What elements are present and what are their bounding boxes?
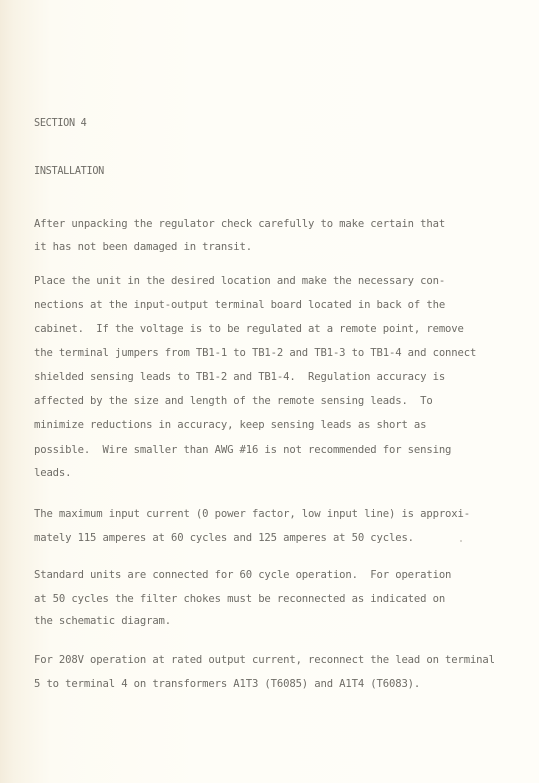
text-line: minimize reductions in accuracy, keep se… [34,418,426,432]
text-line: cabinet. If the voltage is to be regulat… [34,322,464,336]
text-line: shielded sensing leads to TB1-2 and TB1-… [34,370,445,384]
section-label: SECTION 4 [34,117,87,131]
text-line: leads. [34,466,71,480]
text-line: the schematic diagram. [34,614,171,628]
text-line: The maximum input current (0 power facto… [34,507,470,521]
document-page: SECTION 4 INSTALLATION After unpacking t… [0,0,539,783]
text-line: After unpacking the regulator check care… [34,217,445,231]
text-line: Standard units are connected for 60 cycl… [34,568,451,582]
text-line: possible. Wire smaller than AWG #16 is n… [34,443,451,457]
text-line: at 50 cycles the filter chokes must be r… [34,592,445,606]
text-line: 5 to terminal 4 on transformers A1T3 (T6… [34,677,420,691]
text-line: affected by the size and length of the r… [34,394,433,408]
text-line: For 208V operation at rated output curre… [34,653,495,667]
text-line: nections at the input-output terminal bo… [34,298,445,312]
text-line: Place the unit in the desired location a… [34,274,445,288]
text-line: mately 115 amperes at 60 cycles and 125 … [34,531,414,545]
paper-speck [460,540,462,542]
text-line: it has not been damaged in transit. [34,240,252,254]
section-title: INSTALLATION [34,165,104,179]
text-line: the terminal jumpers from TB1-1 to TB1-2… [34,346,476,360]
